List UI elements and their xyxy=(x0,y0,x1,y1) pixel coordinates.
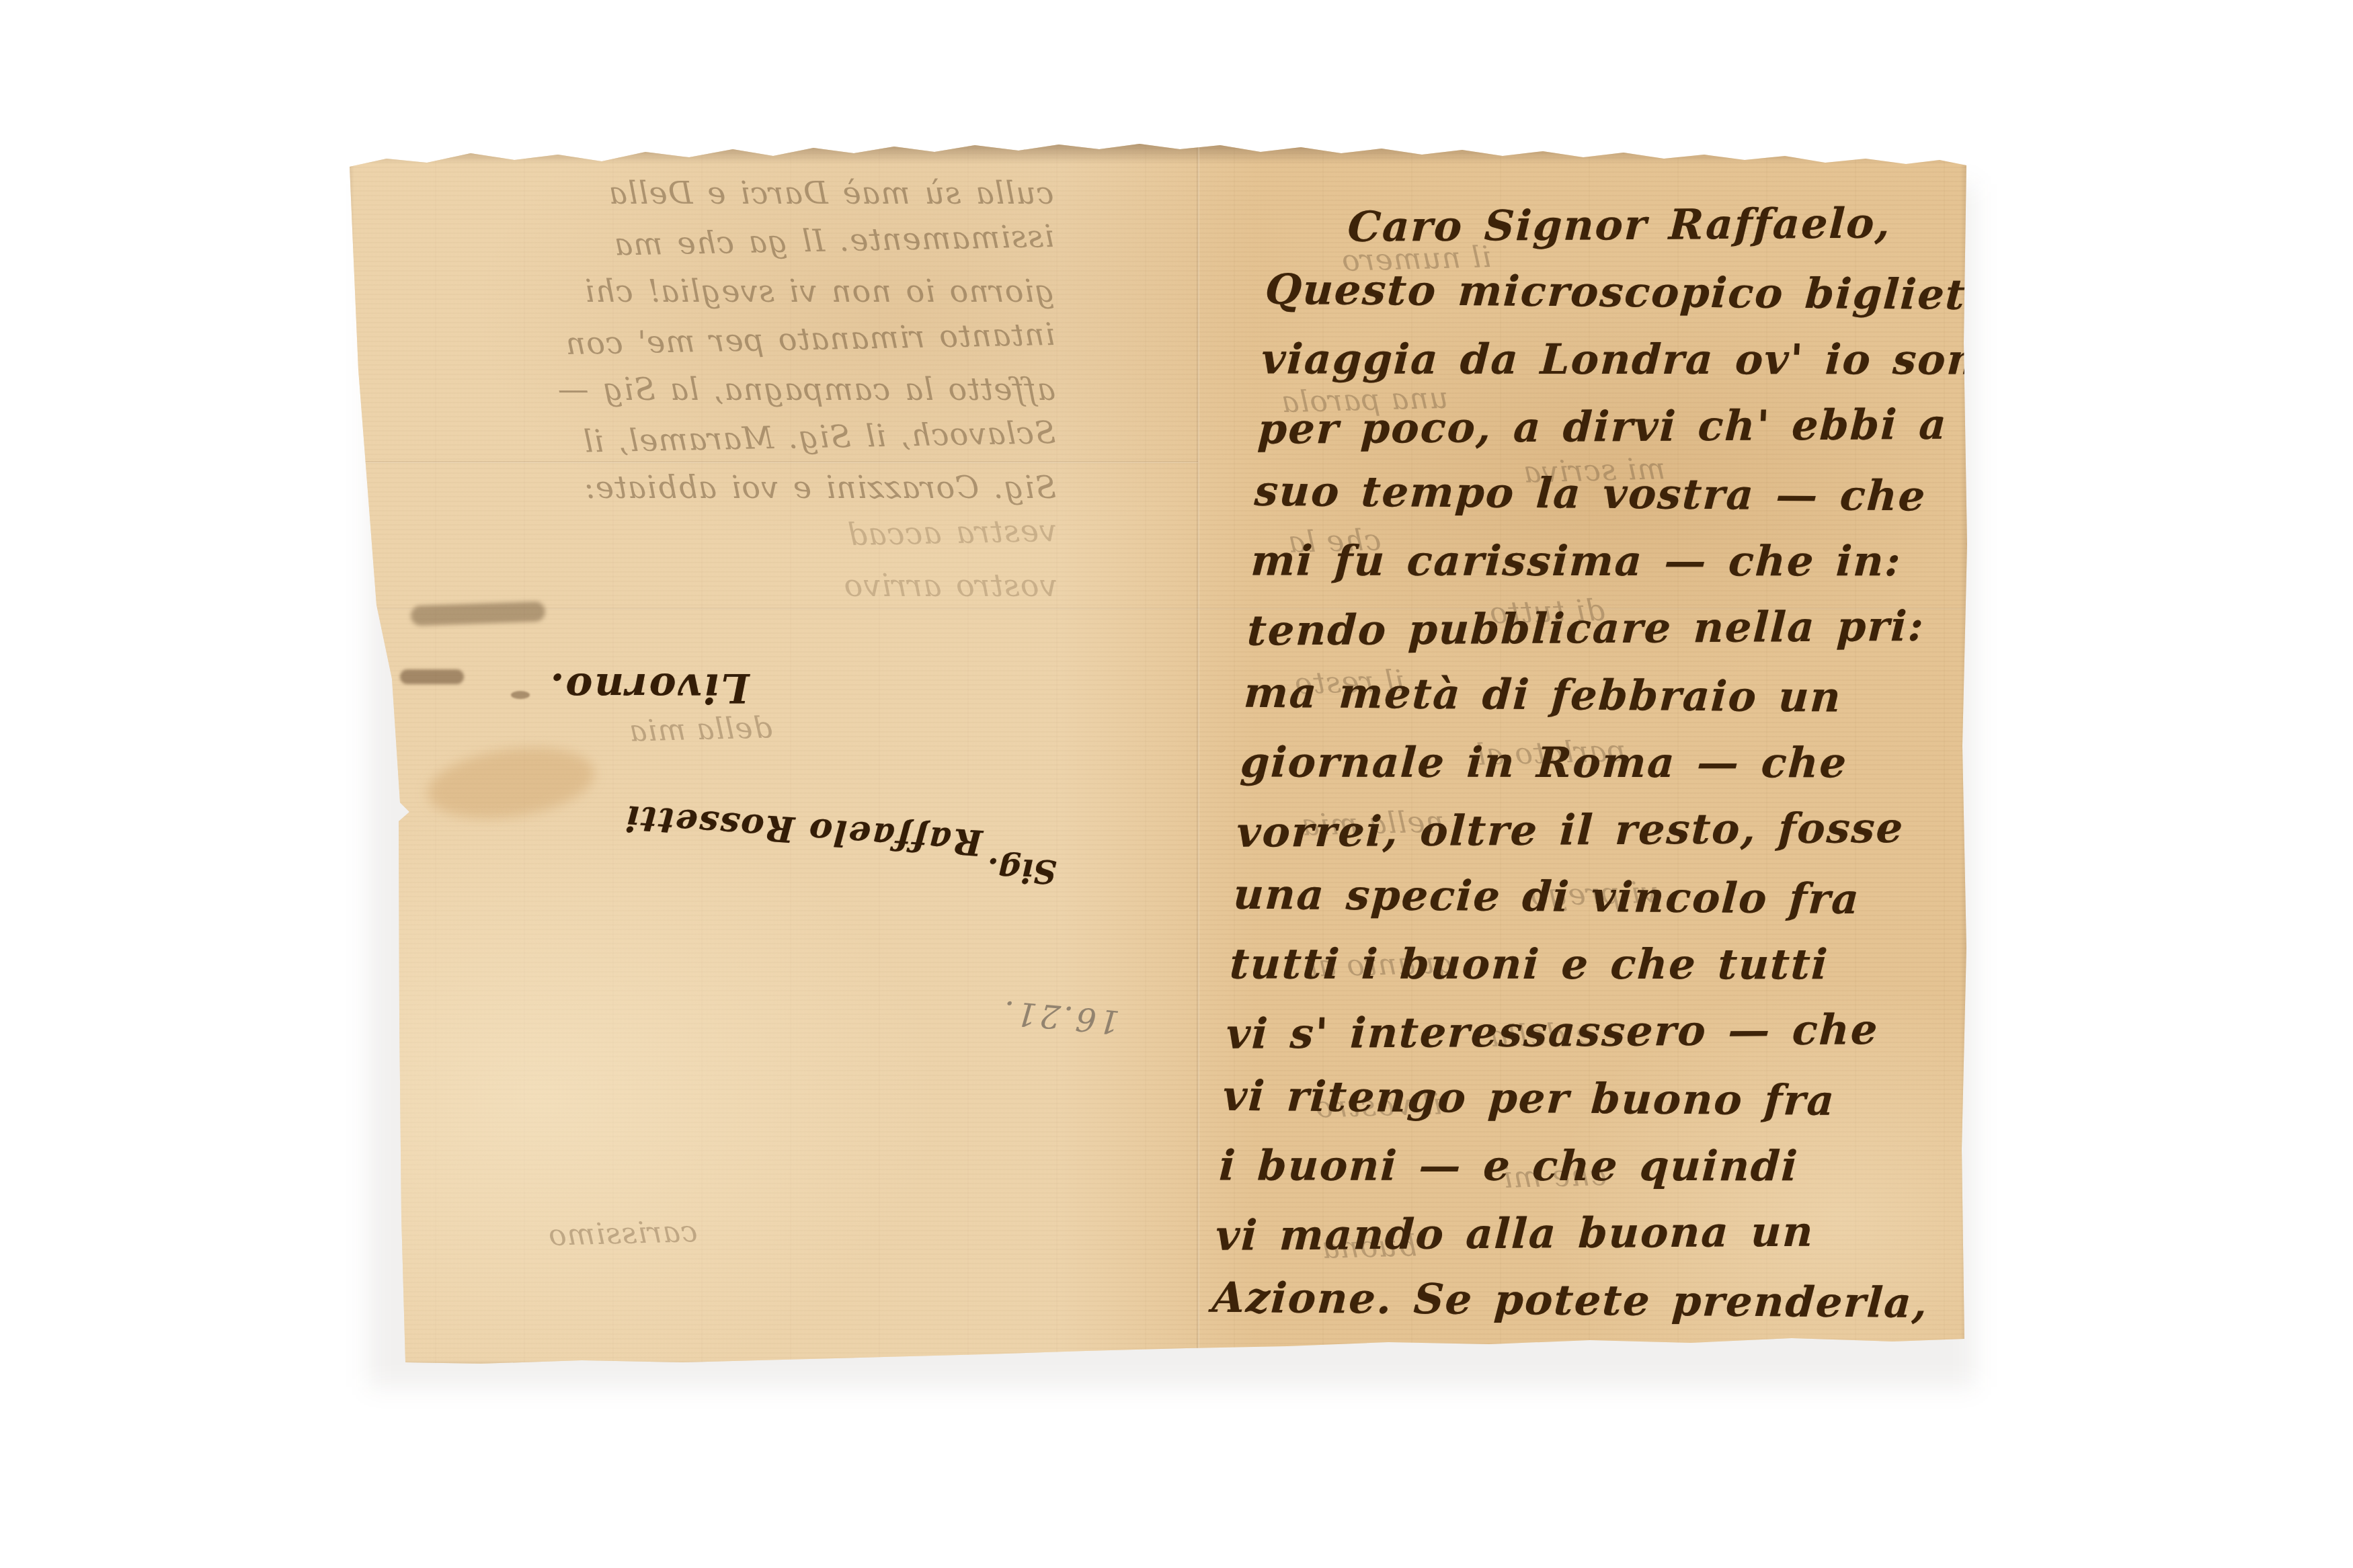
letter-text-column: Caro Signor Raffaelo,Questo microscopico… xyxy=(1210,192,2003,1334)
letter-line: vi s' interessassero — che xyxy=(1225,995,1961,1068)
letter-line: vi ritengo per buono fra xyxy=(1221,1063,1958,1136)
letter-line: viaggia da Londra ov' io sono xyxy=(1260,326,1996,394)
showthrough-fragment: carissimo xyxy=(547,1214,698,1253)
showthrough-fragment: della mia xyxy=(628,710,772,749)
letter-line: vi mando alla buona un xyxy=(1214,1197,1950,1270)
letter-line: Questo microscopico biglietto xyxy=(1263,256,2000,329)
letter-line: per poco, a dirvi ch' ebbi a xyxy=(1257,390,1993,463)
letter-sheet: culla sù maè Darci e Dellaissimamente. I… xyxy=(346,141,1970,1368)
showthrough-line: intanto rimanato per me' con xyxy=(430,310,1055,371)
letter-line: una specie di vincolo fra xyxy=(1232,861,1968,934)
showthrough-line: Sclavoch, il Sig. Maramel, il xyxy=(430,408,1056,469)
letter-line: suo tempo la vostra — che xyxy=(1252,458,1989,531)
letter-line: ma metà di febbraio un xyxy=(1242,659,1979,733)
showthrough-line: vostro arrivo xyxy=(432,561,1058,610)
letter-line: tendo pubblicare nella pri: xyxy=(1246,592,1982,665)
showthrough-line: vestra accad xyxy=(431,506,1057,567)
showthrough-line: culla sù maè Darci e Della xyxy=(428,169,1053,218)
verso-showthrough-left: culla sù maè Darci e Dellaissimamente. I… xyxy=(428,166,1058,613)
letter-line: tutti i buoni e che tutti xyxy=(1228,931,1964,999)
letter-line: mi fu carissima — che in: xyxy=(1249,528,1985,595)
vertical-fold-crease xyxy=(1197,141,1199,1368)
pencil-inventory-number: 16.21. xyxy=(1000,993,1121,1040)
letter-line: Caro Signor Raffaelo, xyxy=(1267,189,2003,261)
ink-smudge xyxy=(400,669,464,684)
letter-line: Azione. Se potete prenderla, xyxy=(1210,1264,1947,1337)
stain xyxy=(423,738,598,828)
photo-backdrop: culla sù maè Darci e Dellaissimamente. I… xyxy=(0,0,2353,1568)
showthrough-line: giorno io non vi sveglia! chi xyxy=(430,267,1055,316)
address-city: Livorno. xyxy=(549,664,750,711)
address-honorific: Sig. xyxy=(986,850,1057,891)
address-name: Raffaelo Rossetti xyxy=(623,797,984,863)
letter-line: giornale in Roma — che xyxy=(1238,729,1975,797)
showthrough-line: affetto la campagna, la Sig — xyxy=(430,365,1055,414)
letter-line: vorrei, oltre il resto, fosse xyxy=(1235,794,1971,866)
letter-line: i buoni — e che quindi xyxy=(1218,1132,1954,1200)
paper-speck xyxy=(511,691,530,699)
showthrough-line: Sig. Corazzini e voi abbiate: xyxy=(431,463,1056,512)
showthrough-line: issimamente. Il ga che ma xyxy=(428,212,1054,273)
